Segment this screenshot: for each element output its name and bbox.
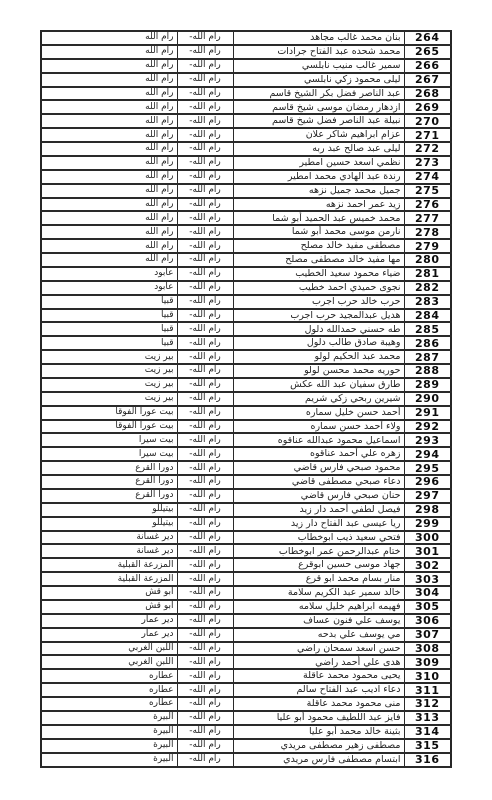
district-cell: رام الله-: [177, 642, 233, 656]
table-row: 300 فتحي سعيد ذيب ابوخطاب رام الله- دير …: [41, 531, 451, 545]
row-number-cell: 266: [404, 59, 451, 73]
table-row: 281 ضياء محمود سعيد الخطيب رام الله- عاب…: [41, 267, 451, 281]
row-number-cell: 278: [404, 225, 451, 239]
person-name-cell: يحيى محمود محمد عاقلة: [233, 669, 404, 683]
names-roster-table: 264 بنان محمد غالب مجاهد رام الله- رام ا…: [40, 30, 452, 768]
person-name-cell: طارق سفيان عبد الله عكش: [233, 378, 404, 392]
row-number-cell: 287: [404, 350, 451, 364]
table-row: 265 محمد شحده عبد الفتاح جرادات رام الله…: [41, 45, 451, 59]
table-row: 290 شيرين ربحي زكي شريم رام الله- بير زي…: [41, 392, 451, 406]
district-cell: رام الله-: [177, 406, 233, 420]
district-cell: رام الله-: [177, 489, 233, 503]
locality-cell: اللبن الغربي: [41, 642, 177, 656]
person-name-cell: جميل محمد جميل نزهه: [233, 184, 404, 198]
person-name-cell: منى محمود محمد عاقلة: [233, 697, 404, 711]
table-row: 266 سمير غالب منيب نابلسي رام الله- رام …: [41, 59, 451, 73]
table-row: 275 جميل محمد جميل نزهه رام الله- رام ال…: [41, 184, 451, 198]
district-cell: رام الله-: [177, 45, 233, 59]
person-name-cell: طه حسني حمدالله دلول: [233, 322, 404, 336]
locality-cell: رام الله: [41, 45, 177, 59]
district-cell: رام الله-: [177, 447, 233, 461]
person-name-cell: ولاء أحمد حسن سماره: [233, 420, 404, 434]
row-number-cell: 295: [404, 461, 451, 475]
person-name-cell: فيصل لطفي أحمد دار زيد: [233, 503, 404, 517]
district-cell: رام الله-: [177, 725, 233, 739]
row-number-cell: 275: [404, 184, 451, 198]
person-name-cell: مي يوسف علي بدحه: [233, 628, 404, 642]
person-name-cell: نجوى حميدي احمد خطيب: [233, 281, 404, 295]
table-row: 311 دعاء اديب عبد الفتاح سالم رام الله- …: [41, 683, 451, 697]
table-row: 312 منى محمود محمد عاقلة رام الله- عطاره: [41, 697, 451, 711]
district-cell: رام الله-: [177, 295, 233, 309]
row-number-cell: 299: [404, 517, 451, 531]
table-row: 282 نجوى حميدي احمد خطيب رام الله- عابود: [41, 281, 451, 295]
person-name-cell: دعاء صبحي مصطفى قاضي: [233, 475, 404, 489]
row-number-cell: 297: [404, 489, 451, 503]
locality-cell: رام الله: [41, 211, 177, 225]
row-number-cell: 292: [404, 420, 451, 434]
row-number-cell: 290: [404, 392, 451, 406]
locality-cell: البيرة: [41, 725, 177, 739]
district-cell: رام الله-: [177, 655, 233, 669]
table-row: 310 يحيى محمود محمد عاقلة رام الله- عطار…: [41, 669, 451, 683]
district-cell: رام الله-: [177, 350, 233, 364]
row-number-cell: 284: [404, 309, 451, 323]
person-name-cell: ابتسام مصطفى فارس مريدي: [233, 753, 404, 768]
person-name-cell: ليلى محمود زكي نابلسي: [233, 73, 404, 87]
row-number-cell: 296: [404, 475, 451, 489]
locality-cell: عطاره: [41, 697, 177, 711]
row-number-cell: 280: [404, 253, 451, 267]
row-number-cell: 277: [404, 211, 451, 225]
district-cell: رام الله-: [177, 683, 233, 697]
locality-cell: دير غسانة: [41, 531, 177, 545]
locality-cell: رام الله: [41, 128, 177, 142]
locality-cell: دورا القرع: [41, 461, 177, 475]
locality-cell: دير عمار: [41, 628, 177, 642]
row-number-cell: 312: [404, 697, 451, 711]
district-cell: رام الله-: [177, 753, 233, 768]
locality-cell: ابو قش: [41, 586, 177, 600]
person-name-cell: ضياء محمود سعيد الخطيب: [233, 267, 404, 281]
person-name-cell: مها مفيد خالد مصطفى مصلح: [233, 253, 404, 267]
table-row: 301 ختام عبدالرحمن عمر ابوخطاب رام الله-…: [41, 544, 451, 558]
district-cell: رام الله-: [177, 572, 233, 586]
table-row: 270 نبيلة عبد الناصر فضل شيخ قاسم رام ال…: [41, 114, 451, 128]
table-row: 264 بنان محمد غالب مجاهد رام الله- رام ا…: [41, 31, 451, 45]
table-row: 293 اسماعيل محمود عبدالله عناقوه رام الل…: [41, 433, 451, 447]
row-number-cell: 274: [404, 170, 451, 184]
row-number-cell: 276: [404, 198, 451, 212]
district-cell: رام الله-: [177, 100, 233, 114]
row-number-cell: 286: [404, 336, 451, 350]
row-number-cell: 272: [404, 142, 451, 156]
table-row: 284 هديل عبدالمجيد حرب اجرب رام الله- قب…: [41, 309, 451, 323]
locality-cell: بيت عورا الفوقا: [41, 420, 177, 434]
district-cell: رام الله-: [177, 59, 233, 73]
table-row: 313 فايز عبد اللطيف محمود أبو عليا رام ا…: [41, 711, 451, 725]
table-row: 304 خالد سمير عبد الكريم سلامة رام الله-…: [41, 586, 451, 600]
person-name-cell: أحمد حسن خليل سماره: [233, 406, 404, 420]
table-row: 288 حوريه محمد محسن لولو رام الله- بير ز…: [41, 364, 451, 378]
person-name-cell: ريا عيسى عبد الفتاح دار زيد: [233, 517, 404, 531]
table-row: 308 حسن اسعد سمحان راضي رام الله- اللبن …: [41, 642, 451, 656]
locality-cell: بير زيت: [41, 378, 177, 392]
row-number-cell: 310: [404, 669, 451, 683]
person-name-cell: فايز عبد اللطيف محمود أبو عليا: [233, 711, 404, 725]
person-name-cell: زهره علي أحمد عناقوه: [233, 447, 404, 461]
row-number-cell: 304: [404, 586, 451, 600]
person-name-cell: نبيلة عبد الناصر فضل شيخ قاسم: [233, 114, 404, 128]
person-name-cell: مصطفى مفيد خالد مصلح: [233, 239, 404, 253]
district-cell: رام الله-: [177, 378, 233, 392]
table-row: 285 طه حسني حمدالله دلول رام الله- قبيا: [41, 322, 451, 336]
district-cell: رام الله-: [177, 73, 233, 87]
district-cell: رام الله-: [177, 461, 233, 475]
table-row: 292 ولاء أحمد حسن سماره رام الله- بيت عو…: [41, 420, 451, 434]
table-row: 299 ريا عيسى عبد الفتاح دار زيد رام الله…: [41, 517, 451, 531]
locality-cell: عابود: [41, 281, 177, 295]
row-number-cell: 273: [404, 156, 451, 170]
person-name-cell: بنان محمد غالب مجاهد: [233, 31, 404, 45]
row-number-cell: 288: [404, 364, 451, 378]
person-name-cell: رندة عبد الهادي محمد امطير: [233, 170, 404, 184]
district-cell: رام الله-: [177, 239, 233, 253]
row-number-cell: 303: [404, 572, 451, 586]
table-row: 267 ليلى محمود زكي نابلسي رام الله- رام …: [41, 73, 451, 87]
person-name-cell: ليلى عبد صالح عبد ربه: [233, 142, 404, 156]
locality-cell: البيرة: [41, 739, 177, 753]
row-number-cell: 271: [404, 128, 451, 142]
table-row: 298 فيصل لطفي أحمد دار زيد رام الله- بيت…: [41, 503, 451, 517]
locality-cell: رام الله: [41, 114, 177, 128]
locality-cell: رام الله: [41, 170, 177, 184]
locality-cell: بير زيت: [41, 350, 177, 364]
person-name-cell: جهاد موسى حسين ابوقرع: [233, 558, 404, 572]
district-cell: رام الله-: [177, 87, 233, 101]
district-cell: رام الله-: [177, 211, 233, 225]
district-cell: رام الله-: [177, 475, 233, 489]
locality-cell: عطاره: [41, 669, 177, 683]
row-number-cell: 264: [404, 31, 451, 45]
table-row: 303 منار بسام محمد ابو قرع رام الله- الم…: [41, 572, 451, 586]
person-name-cell: منار بسام محمد ابو قرع: [233, 572, 404, 586]
locality-cell: بيتيللو: [41, 517, 177, 531]
district-cell: رام الله-: [177, 225, 233, 239]
table-row: 280 مها مفيد خالد مصطفى مصلح رام الله- ر…: [41, 253, 451, 267]
roster-table-body: 264 بنان محمد غالب مجاهد رام الله- رام ا…: [41, 31, 451, 767]
row-number-cell: 269: [404, 100, 451, 114]
district-cell: رام الله-: [177, 697, 233, 711]
row-number-cell: 265: [404, 45, 451, 59]
table-row: 315 مصطفى زهير مصطفى مريدي رام الله- الب…: [41, 739, 451, 753]
district-cell: رام الله-: [177, 544, 233, 558]
locality-cell: رام الله: [41, 31, 177, 45]
district-cell: رام الله-: [177, 503, 233, 517]
person-name-cell: حسن اسعد سمحان راضي: [233, 642, 404, 656]
table-row: 307 مي يوسف علي بدحه رام الله- دير عمار: [41, 628, 451, 642]
locality-cell: بير زيت: [41, 364, 177, 378]
district-cell: رام الله-: [177, 628, 233, 642]
table-row: 269 ازدهار رمضان موسى شيخ قاسم رام الله-…: [41, 100, 451, 114]
locality-cell: رام الله: [41, 73, 177, 87]
row-number-cell: 293: [404, 433, 451, 447]
locality-cell: رام الله: [41, 156, 177, 170]
person-name-cell: فهيمه ابراهيم خليل سلامه: [233, 600, 404, 614]
person-name-cell: حوريه محمد محسن لولو: [233, 364, 404, 378]
row-number-cell: 308: [404, 642, 451, 656]
row-number-cell: 311: [404, 683, 451, 697]
table-row: 276 زيد عمر احمد نزهه رام الله- رام الله: [41, 198, 451, 212]
table-row: 296 دعاء صبحي مصطفى قاضي رام الله- دورا …: [41, 475, 451, 489]
person-name-cell: ختام عبدالرحمن عمر ابوخطاب: [233, 544, 404, 558]
district-cell: رام الله-: [177, 600, 233, 614]
locality-cell: بيت عورا الفوقا: [41, 406, 177, 420]
locality-cell: اللبن الغربي: [41, 655, 177, 669]
locality-cell: البيرة: [41, 753, 177, 768]
row-number-cell: 294: [404, 447, 451, 461]
district-cell: رام الله-: [177, 142, 233, 156]
table-row: 297 حنان صبحي فارس قاضي رام الله- دورا ا…: [41, 489, 451, 503]
locality-cell: رام الله: [41, 198, 177, 212]
district-cell: رام الله-: [177, 586, 233, 600]
locality-cell: رام الله: [41, 100, 177, 114]
locality-cell: دير عمار: [41, 614, 177, 628]
person-name-cell: محمد عبد الحكيم لولو: [233, 350, 404, 364]
row-number-cell: 270: [404, 114, 451, 128]
table-row: 287 محمد عبد الحكيم لولو رام الله- بير ز…: [41, 350, 451, 364]
row-number-cell: 289: [404, 378, 451, 392]
district-cell: رام الله-: [177, 433, 233, 447]
locality-cell: رام الله: [41, 142, 177, 156]
row-number-cell: 279: [404, 239, 451, 253]
table-row: 289 طارق سفيان عبد الله عكش رام الله- بي…: [41, 378, 451, 392]
person-name-cell: شيرين ربحي زكي شريم: [233, 392, 404, 406]
row-number-cell: 281: [404, 267, 451, 281]
person-name-cell: فتحي سعيد ذيب ابوخطاب: [233, 531, 404, 545]
table-row: 316 ابتسام مصطفى فارس مريدي رام الله- ال…: [41, 753, 451, 768]
row-number-cell: 307: [404, 628, 451, 642]
row-number-cell: 283: [404, 295, 451, 309]
scanned-document-page: 264 بنان محمد غالب مجاهد رام الله- رام ا…: [0, 0, 492, 800]
district-cell: رام الله-: [177, 170, 233, 184]
person-name-cell: حنان صبحي فارس قاضي: [233, 489, 404, 503]
table-row: 294 زهره علي أحمد عناقوه رام الله- بيت س…: [41, 447, 451, 461]
person-name-cell: نارمن موسى محمد أبو شما: [233, 225, 404, 239]
locality-cell: رام الله: [41, 253, 177, 267]
person-name-cell: مصطفى زهير مصطفى مريدي: [233, 739, 404, 753]
locality-cell: قبيا: [41, 322, 177, 336]
table-row: 291 أحمد حسن خليل سماره رام الله- بيت عو…: [41, 406, 451, 420]
district-cell: رام الله-: [177, 267, 233, 281]
district-cell: رام الله-: [177, 156, 233, 170]
table-row: 306 يوسف علي فنون عساف رام الله- دير عما…: [41, 614, 451, 628]
district-cell: رام الله-: [177, 392, 233, 406]
district-cell: رام الله-: [177, 322, 233, 336]
person-name-cell: ازدهار رمضان موسى شيخ قاسم: [233, 100, 404, 114]
table-row: 279 مصطفى مفيد خالد مصلح رام الله- رام ا…: [41, 239, 451, 253]
district-cell: رام الله-: [177, 198, 233, 212]
district-cell: رام الله-: [177, 31, 233, 45]
person-name-cell: محمود صبحي فارس قاضي: [233, 461, 404, 475]
person-name-cell: بثينة خالد محمد أبو عليا: [233, 725, 404, 739]
district-cell: رام الله-: [177, 739, 233, 753]
locality-cell: عابود: [41, 267, 177, 281]
district-cell: رام الله-: [177, 669, 233, 683]
locality-cell: رام الله: [41, 87, 177, 101]
locality-cell: المزرعة القبلية: [41, 572, 177, 586]
row-number-cell: 302: [404, 558, 451, 572]
district-cell: رام الله-: [177, 711, 233, 725]
locality-cell: بير زيت: [41, 392, 177, 406]
person-name-cell: عبد الناصر فضل بكر الشيخ قاسم: [233, 87, 404, 101]
locality-cell: ابو قش: [41, 600, 177, 614]
district-cell: رام الله-: [177, 336, 233, 350]
table-row: 283 حرب خالد حرب اجرب رام الله- قبيا: [41, 295, 451, 309]
locality-cell: دير غسانة: [41, 544, 177, 558]
row-number-cell: 285: [404, 322, 451, 336]
locality-cell: المزرعة القبلية: [41, 558, 177, 572]
row-number-cell: 315: [404, 739, 451, 753]
table-row: 268 عبد الناصر فضل بكر الشيخ قاسم رام ال…: [41, 87, 451, 101]
district-cell: رام الله-: [177, 420, 233, 434]
row-number-cell: 300: [404, 531, 451, 545]
row-number-cell: 313: [404, 711, 451, 725]
district-cell: رام الله-: [177, 281, 233, 295]
district-cell: رام الله-: [177, 184, 233, 198]
district-cell: رام الله-: [177, 531, 233, 545]
table-row: 302 جهاد موسى حسين ابوقرع رام الله- المز…: [41, 558, 451, 572]
row-number-cell: 298: [404, 503, 451, 517]
district-cell: رام الله-: [177, 128, 233, 142]
row-number-cell: 306: [404, 614, 451, 628]
locality-cell: رام الله: [41, 225, 177, 239]
table-row: 286 وهيبة صادق طالب دلول رام الله- قبيا: [41, 336, 451, 350]
locality-cell: رام الله: [41, 184, 177, 198]
table-row: 305 فهيمه ابراهيم خليل سلامه رام الله- ا…: [41, 600, 451, 614]
district-cell: رام الله-: [177, 364, 233, 378]
table-row: 272 ليلى عبد صالح عبد ربه رام الله- رام …: [41, 142, 451, 156]
locality-cell: بيتيللو: [41, 503, 177, 517]
locality-cell: قبيا: [41, 336, 177, 350]
person-name-cell: حرب خالد حرب اجرب: [233, 295, 404, 309]
locality-cell: بيت سيرا: [41, 447, 177, 461]
person-name-cell: هديل عبدالمجيد حرب اجرب: [233, 309, 404, 323]
row-number-cell: 309: [404, 655, 451, 669]
person-name-cell: يوسف علي فنون عساف: [233, 614, 404, 628]
locality-cell: قبيا: [41, 295, 177, 309]
person-name-cell: سمير غالب منيب نابلسي: [233, 59, 404, 73]
district-cell: رام الله-: [177, 253, 233, 267]
locality-cell: قبيا: [41, 309, 177, 323]
person-name-cell: هدى علي أحمد راضي: [233, 655, 404, 669]
district-cell: رام الله-: [177, 517, 233, 531]
row-number-cell: 316: [404, 753, 451, 768]
row-number-cell: 282: [404, 281, 451, 295]
row-number-cell: 291: [404, 406, 451, 420]
table-row: 277 محمد خميس عبد الحميد أبو شما رام الل…: [41, 211, 451, 225]
locality-cell: دورا القرع: [41, 475, 177, 489]
locality-cell: رام الله: [41, 59, 177, 73]
person-name-cell: دعاء اديب عبد الفتاح سالم: [233, 683, 404, 697]
locality-cell: دورا القرع: [41, 489, 177, 503]
table-row: 309 هدى علي أحمد راضي رام الله- اللبن ال…: [41, 655, 451, 669]
district-cell: رام الله-: [177, 309, 233, 323]
person-name-cell: خالد سمير عبد الكريم سلامة: [233, 586, 404, 600]
person-name-cell: نظمي اسعد حسين امطير: [233, 156, 404, 170]
locality-cell: البيرة: [41, 711, 177, 725]
table-row: 271 عزام ابراهيم شاكر علان رام الله- رام…: [41, 128, 451, 142]
locality-cell: رام الله: [41, 239, 177, 253]
district-cell: رام الله-: [177, 614, 233, 628]
district-cell: رام الله-: [177, 558, 233, 572]
person-name-cell: عزام ابراهيم شاكر علان: [233, 128, 404, 142]
district-cell: رام الله-: [177, 114, 233, 128]
person-name-cell: زيد عمر احمد نزهه: [233, 198, 404, 212]
person-name-cell: اسماعيل محمود عبدالله عناقوه: [233, 433, 404, 447]
table-row: 274 رندة عبد الهادي محمد امطير رام الله-…: [41, 170, 451, 184]
person-name-cell: محمد شحده عبد الفتاح جرادات: [233, 45, 404, 59]
row-number-cell: 305: [404, 600, 451, 614]
row-number-cell: 268: [404, 87, 451, 101]
locality-cell: عطاره: [41, 683, 177, 697]
row-number-cell: 301: [404, 544, 451, 558]
table-row: 273 نظمي اسعد حسين امطير رام الله- رام ا…: [41, 156, 451, 170]
locality-cell: بيت سيرا: [41, 433, 177, 447]
row-number-cell: 267: [404, 73, 451, 87]
table-row: 314 بثينة خالد محمد أبو عليا رام الله- ا…: [41, 725, 451, 739]
row-number-cell: 314: [404, 725, 451, 739]
person-name-cell: وهيبة صادق طالب دلول: [233, 336, 404, 350]
person-name-cell: محمد خميس عبد الحميد أبو شما: [233, 211, 404, 225]
table-row: 278 نارمن موسى محمد أبو شما رام الله- را…: [41, 225, 451, 239]
table-row: 295 محمود صبحي فارس قاضي رام الله- دورا …: [41, 461, 451, 475]
